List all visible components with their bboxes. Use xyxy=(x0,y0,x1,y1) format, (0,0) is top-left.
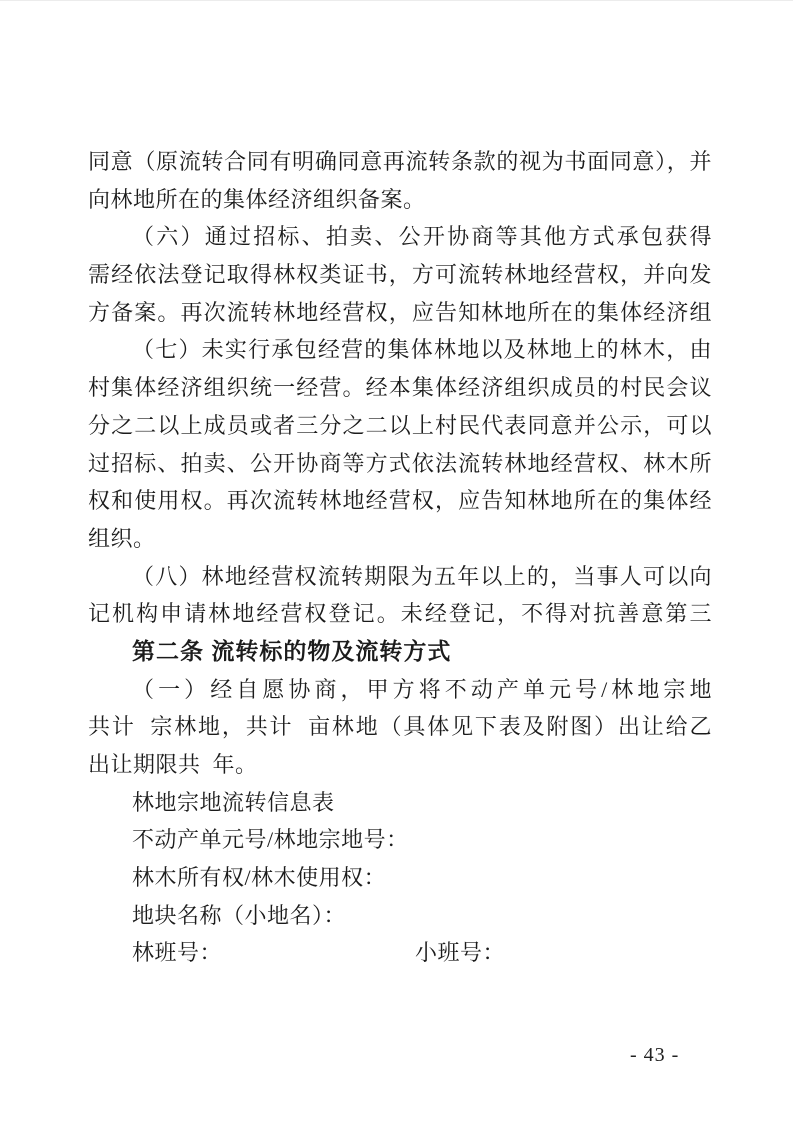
document-page: 同意（原流转合同有明确同意再流转条款的视为书面同意），并向林地所在的集体经济组织… xyxy=(0,0,793,1122)
text-line: （一）经自愿协商，甲方将不动产单元号/林地宗地号： ， xyxy=(88,671,712,709)
text-line: （六）通过招标、拍卖、公开协商等其他方式承包获得的， xyxy=(88,218,712,256)
text-line: 需经依法登记取得林权类证书，方可流转林地经营权，并向发包 xyxy=(88,256,712,294)
text-line: 地块名称（小地名）： xyxy=(88,897,712,935)
text-line: 林班号：小班号： xyxy=(88,934,712,972)
text-line: 过招标、拍卖、公开协商等方式依法流转林地经营权、林木所有 xyxy=(88,445,712,483)
document-body: 同意（原流转合同有明确同意再流转条款的视为书面同意），并向林地所在的集体经济组织… xyxy=(88,143,712,972)
text-line: 记机构申请林地经营权登记。未经登记，不得对抗善意第三人。 xyxy=(88,595,712,633)
text-line: 共计 宗林地，共计 亩林地（具体见下表及附图）出让给乙方， xyxy=(88,708,712,746)
field-label: 林班号： xyxy=(132,940,222,965)
text-line: 林木所有权/林木使用权： xyxy=(88,859,712,897)
page-number: - 43 - xyxy=(630,1041,700,1069)
text-line: 方备案。再次流转林地经营权，应告知林地所在的集体经济组织。 xyxy=(88,294,712,332)
text-line: （八）林地经营权流转期限为五年以上的，当事人可以向登 xyxy=(88,558,712,596)
text-line: 不动产单元号/林地宗地号： xyxy=(88,821,712,859)
text-line: 分之二以上成员或者三分之二以上村民代表同意并公示，可以通 xyxy=(88,407,712,445)
text-line: 林地宗地流转信息表 xyxy=(88,784,712,822)
text-line: 出让期限共 年。 xyxy=(88,746,712,784)
text-line: 权和使用权。再次流转林地经营权，应告知林地所在的集体经济 xyxy=(88,482,712,520)
text-line: 向林地所在的集体经济组织备案。 xyxy=(88,181,712,219)
section-heading: 第二条 流转标的物及流转方式 xyxy=(88,633,712,671)
text-line: 组织。 xyxy=(88,520,712,558)
text-line: 同意（原流转合同有明确同意再流转条款的视为书面同意），并 xyxy=(88,143,712,181)
text-line: 村集体经济组织统一经营。经本集体经济组织成员的村民会议三 xyxy=(88,369,712,407)
field-label: 小班号： xyxy=(415,934,505,972)
text-line: （七）未实行承包经营的集体林地以及林地上的林木，由农 xyxy=(88,331,712,369)
